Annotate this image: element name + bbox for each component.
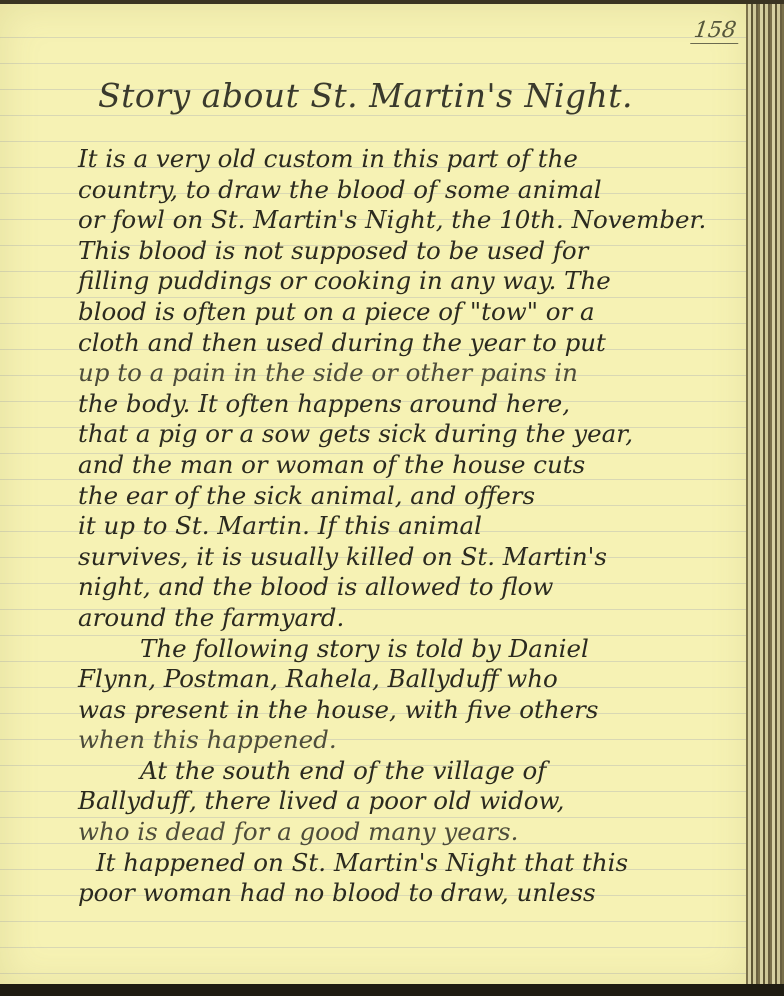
text-line: was present in the house, with five othe… [78, 695, 748, 726]
paragraph-start-line: The following story is told by Daniel [78, 634, 748, 665]
text-line: cloth and then used during the year to p… [78, 328, 748, 359]
text-line: poor woman had no blood to draw, unless [78, 878, 748, 909]
text-line: the body. It often happens around here, [78, 389, 748, 420]
text-line: Ballyduff, there lived a poor old widow, [78, 786, 748, 817]
handwritten-body: It is a very old custom in this part of … [78, 144, 748, 909]
page-bottom-edge [0, 984, 784, 996]
text-line: It is a very old custom in this part of … [78, 144, 748, 175]
page-title: Story about St. Martin's Night. [98, 76, 633, 115]
notebook-page: 158 Story about St. Martin's Night. It i… [0, 4, 750, 988]
text-line: the ear of the sick animal, and offers [78, 481, 748, 512]
text-line: or fowl on St. Martin's Night, the 10th.… [78, 205, 748, 236]
text-line: country, to draw the blood of some anima… [78, 175, 748, 206]
paragraph-start-line: It happened on St. Martin's Night that t… [78, 848, 748, 879]
text-line: when this happened. [78, 725, 748, 756]
text-line: and the man or woman of the house cuts [78, 450, 748, 481]
text-line: survives, it is usually killed on St. Ma… [78, 542, 748, 573]
text-line: blood is often put on a piece of "tow" o… [78, 297, 748, 328]
page-number: 158 [690, 18, 742, 44]
text-line: Flynn, Postman, Rahela, Ballyduff who [78, 664, 748, 695]
text-line: up to a pain in the side or other pains … [78, 358, 748, 389]
notebook-page-edges [746, 4, 784, 988]
text-line: who is dead for a good many years. [78, 817, 748, 848]
paragraph-start-line: At the south end of the village of [78, 756, 748, 787]
text-line: This blood is not supposed to be used fo… [78, 236, 748, 267]
text-line: around the farmyard. [78, 603, 748, 634]
text-line: night, and the blood is allowed to flow [78, 572, 748, 603]
text-line: filling puddings or cooking in any way. … [78, 266, 748, 297]
text-line: that a pig or a sow gets sick during the… [78, 419, 748, 450]
text-line: it up to St. Martin. If this animal [78, 511, 748, 542]
